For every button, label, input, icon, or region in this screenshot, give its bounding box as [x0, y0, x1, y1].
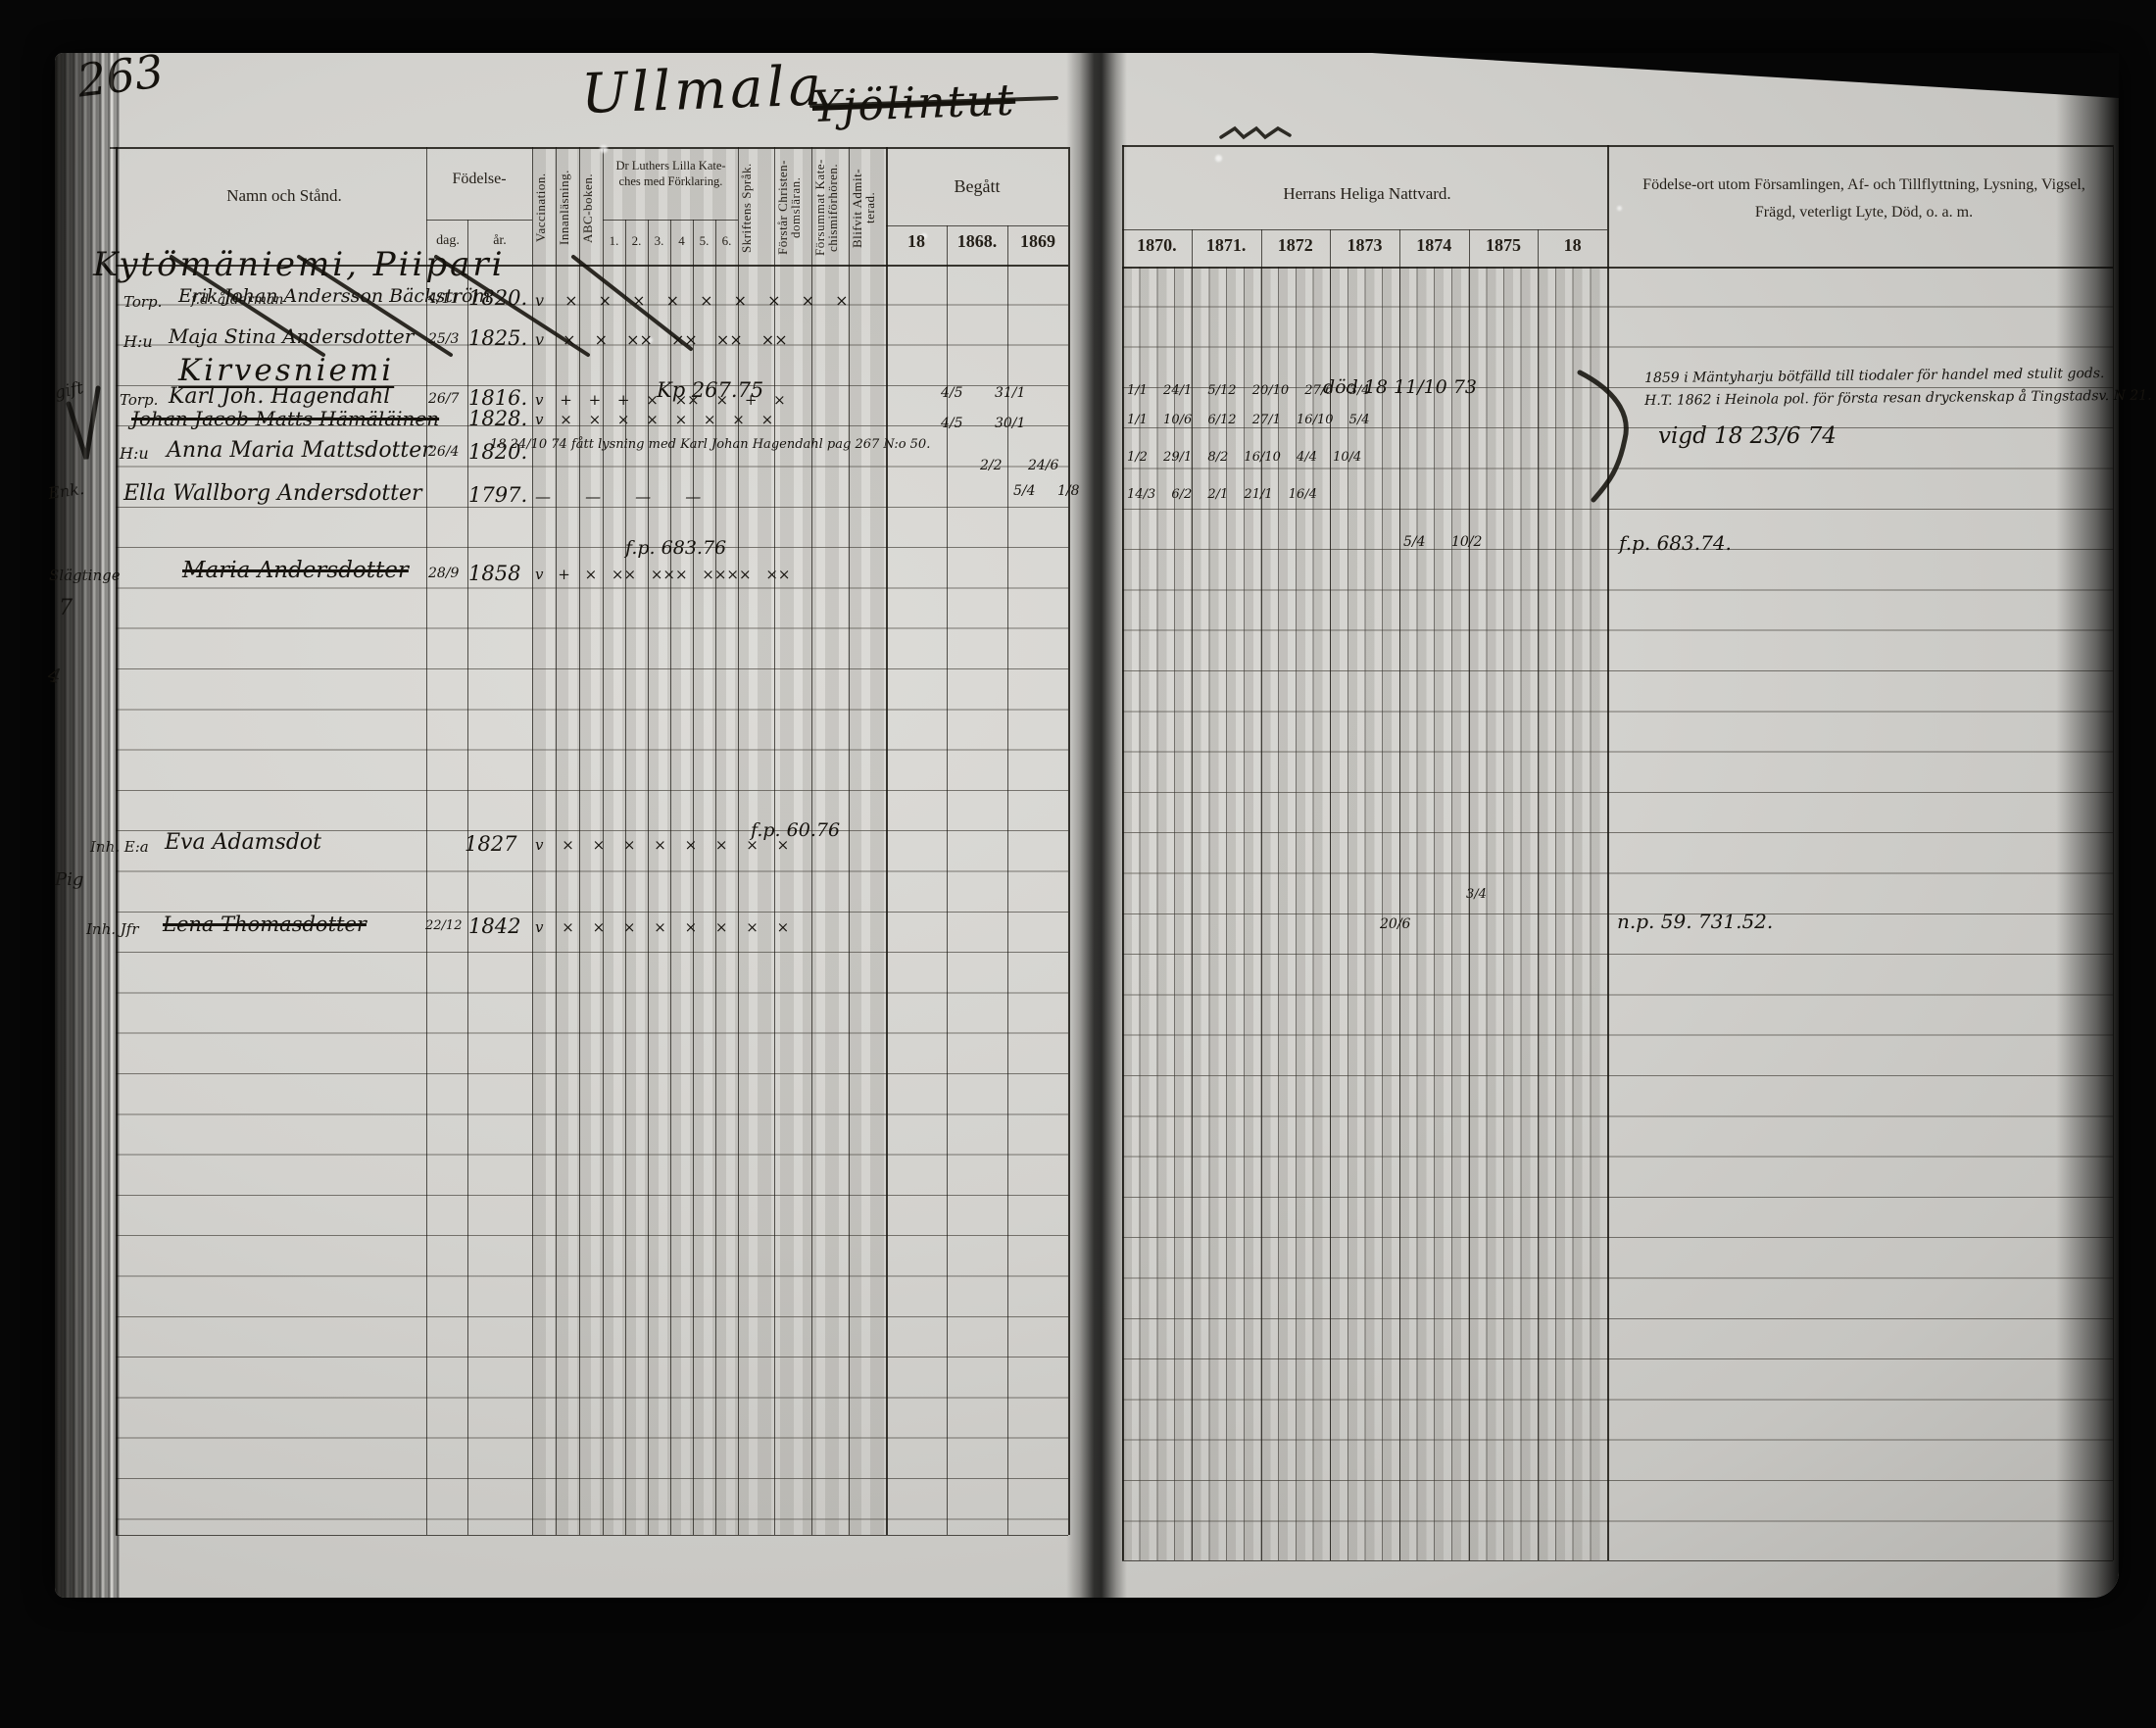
entry-birth-year: 1797.: [468, 483, 527, 507]
entry-name-crossed: Johan Jacob Matts Hämäläinen: [131, 407, 439, 430]
entry-birth-day: 4/11: [428, 291, 459, 307]
page-title-crossed-out: Yjölintut: [811, 75, 1016, 132]
entry-title: Torp.: [123, 293, 162, 311]
grid-line: [1122, 267, 2113, 269]
entry-name: Maja Stina Andersdotter: [169, 324, 414, 348]
grid-line: [1122, 145, 2113, 147]
entry-exam-marks: v × × × × × × × ×: [535, 411, 773, 428]
entry-title: H:u: [123, 332, 153, 351]
column-header-catechism-line1: Dr Luthers Lilla Kate-: [604, 159, 738, 173]
begatt-year-2: 1868.: [947, 231, 1007, 252]
entry-birth-year: 1858: [468, 562, 520, 585]
catechism-number-2: 2.: [625, 233, 648, 249]
entry-page-reference: f.p. 60.76: [751, 819, 840, 841]
entry-margin-reference: n.p. 59. 731.52.: [1617, 910, 1773, 933]
entry-communion-dates: 14/3 6/2 2/1 21/1 16/4: [1127, 487, 1317, 502]
paper-speck: [1215, 155, 1222, 162]
column-header-scripture: Skriftens Språk.: [740, 153, 773, 263]
entry-name: Anna Maria Mattsdotter: [167, 438, 432, 463]
communion-year-1870: 1870.: [1122, 235, 1192, 256]
book-page-edges: [55, 53, 120, 1598]
grid-line: [603, 220, 738, 221]
entry-birth-year: 1842: [468, 914, 520, 938]
entry-page-reference: f.p. 683.76: [625, 537, 726, 559]
entry-birth-day: 26/4: [428, 444, 459, 460]
column-header-communion: Herrans Heliga Nattvard.: [1127, 184, 1607, 204]
column-header-missed-examination: Försummat Kate- chismiförhören.: [813, 153, 847, 263]
grid-line: [886, 147, 888, 1535]
grid-line: [811, 147, 812, 1535]
entry-exam-marks: v × × × × × × × × ×: [535, 291, 848, 310]
entry-page-reference: Kp 267.75: [657, 378, 763, 402]
communion-year-1875: 1875: [1469, 235, 1539, 256]
entry-communion-dates: 5/4 10/2: [1403, 534, 1482, 550]
catechism-number-4: 4: [670, 233, 693, 249]
entry-communion-dates: 1/2 29/1 8/2 16/10 4/4 10/4: [1127, 450, 1361, 465]
entry-birth-day: 22/12: [425, 918, 462, 933]
grid-line: [1122, 229, 1607, 230]
notes-header-line1: Födelse-ort utom Församlingen, Af- och T…: [1619, 176, 2109, 194]
entry-birth-day: 25/3: [428, 331, 459, 347]
catechism-number-6: 6.: [715, 233, 738, 249]
page-right-shadow: [2056, 53, 2119, 1598]
communion-year-1871: 1871.: [1192, 235, 1261, 256]
communion-year-1873: 1873: [1330, 235, 1399, 256]
grid-line: [532, 147, 533, 1535]
grid-line: [116, 1535, 1068, 1536]
page-title: Ullmala: [580, 54, 826, 126]
entry-begatt-dates: 4/5 30/1: [941, 416, 1025, 431]
begatt-year-1: 18: [886, 231, 947, 252]
entry-begatt-dates: 2/2 24/6: [980, 458, 1058, 473]
entry-birth-year: 1825.: [468, 326, 527, 350]
grid-line: [110, 147, 1068, 149]
entry-exam-marks: v × × × × × × × ×: [535, 918, 789, 936]
column-header-admitted: Blifvit Admit- terad.: [851, 153, 884, 263]
paper-speck: [600, 145, 608, 153]
catechism-number-1: 1.: [603, 233, 625, 249]
entry-birth-year: 1827: [465, 832, 516, 856]
grid-line: [1192, 229, 1193, 1560]
entry-exam-marks: v + × ×× ××× ×××× ××: [535, 566, 790, 583]
grid-line: [1538, 229, 1539, 1560]
entry-margin-reference: f.p. 683.74.: [1619, 531, 1732, 555]
grid-line: [886, 225, 1068, 226]
communion-year-row: 1870. 1871. 1872 1873 1874 1875 18: [1122, 235, 1607, 256]
section-heading: Kirvesniemi: [178, 353, 394, 388]
grid-line: [1330, 229, 1331, 1560]
column-header-abc-book: ABC-boken.: [581, 153, 603, 263]
grid-line: [849, 147, 850, 1535]
entry-exam-marks: v × × ×× ×× ×× ××: [535, 330, 788, 349]
catechism-number-row: 1. 2. 3. 4 5. 6.: [603, 233, 738, 249]
entry-communion-dates: 3/4: [1466, 887, 1487, 902]
grid-line: [1261, 229, 1262, 1560]
catechism-number-3: 3.: [648, 233, 670, 249]
entry-death-note: död 18 11/10 73: [1323, 376, 1477, 398]
notes-header-line2: Frägd, veterligt Lyte, Död, o. a. m.: [1619, 204, 2109, 222]
communion-year-18: 18: [1538, 235, 1607, 256]
book-gutter-shadow: [1066, 53, 1127, 1598]
entry-begatt-dates: 5/4 1/8: [1013, 483, 1080, 499]
entry-birth-year: 1828.: [468, 407, 527, 430]
entry-name: Karl Joh. Hagendahl: [169, 384, 390, 409]
entry-banns-note: 18 24/10 74 fått lysning med Karl Johan …: [490, 437, 930, 452]
column-header-name: Namn och Stånd.: [147, 186, 421, 206]
entry-begatt-dates: 4/5 31/1: [941, 385, 1025, 401]
column-header-reading: Innanläsning.: [558, 153, 579, 263]
entry-name-crossed: Maria Andersdotter: [182, 558, 409, 583]
catechism-number-5: 5.: [693, 233, 715, 249]
entry-birth-day: 28/9: [428, 566, 459, 581]
entry-birth-year: 1820.: [468, 286, 527, 310]
column-header-understands-doctrine: Förstår Christen- domsläran.: [776, 153, 809, 263]
entry-title: H:u: [120, 444, 149, 463]
communion-year-1874: 1874: [1399, 235, 1469, 256]
column-header-vaccination: Vaccination.: [534, 153, 556, 263]
entry-exam-marks: — — — —: [535, 487, 701, 506]
communion-year-1872: 1872: [1260, 235, 1330, 256]
grid-line: [426, 220, 532, 221]
begatt-year-row: 18 1868. 1869: [886, 231, 1068, 252]
entry-name: Eva Adamsdot: [165, 830, 321, 855]
grid-line: [1122, 1560, 2113, 1561]
entry-birth-day: 26/7: [428, 391, 459, 407]
entry-communion-dates: 20/6: [1380, 916, 1410, 932]
column-header-catechism-line2: ches med Förklaring.: [604, 174, 738, 189]
grid-line: [426, 147, 427, 1535]
grid-line: [1607, 145, 1609, 1560]
grid-line: [1399, 229, 1400, 1560]
section-heading-crossed: Kytömäniemi, Piipari: [93, 245, 506, 284]
scanned-parish-register-photo: Namn och Stånd. Födelse- dag. år. Vaccin…: [0, 0, 2156, 1728]
entry-communion-dates: 1/1 10/6 6/12 27/1 16/10 5/4: [1127, 413, 1370, 427]
begatt-year-3: 1869: [1007, 231, 1068, 252]
entry-marriage-note: vigd 18 23/6 74: [1658, 423, 1837, 449]
entry-name-crossed: Lena Thomasdotter: [163, 913, 367, 936]
column-header-begatt: Begått: [888, 176, 1066, 197]
column-header-birth: Födelse-: [428, 171, 530, 188]
entry-name: Ella Wallborg Andersdotter: [123, 481, 422, 506]
